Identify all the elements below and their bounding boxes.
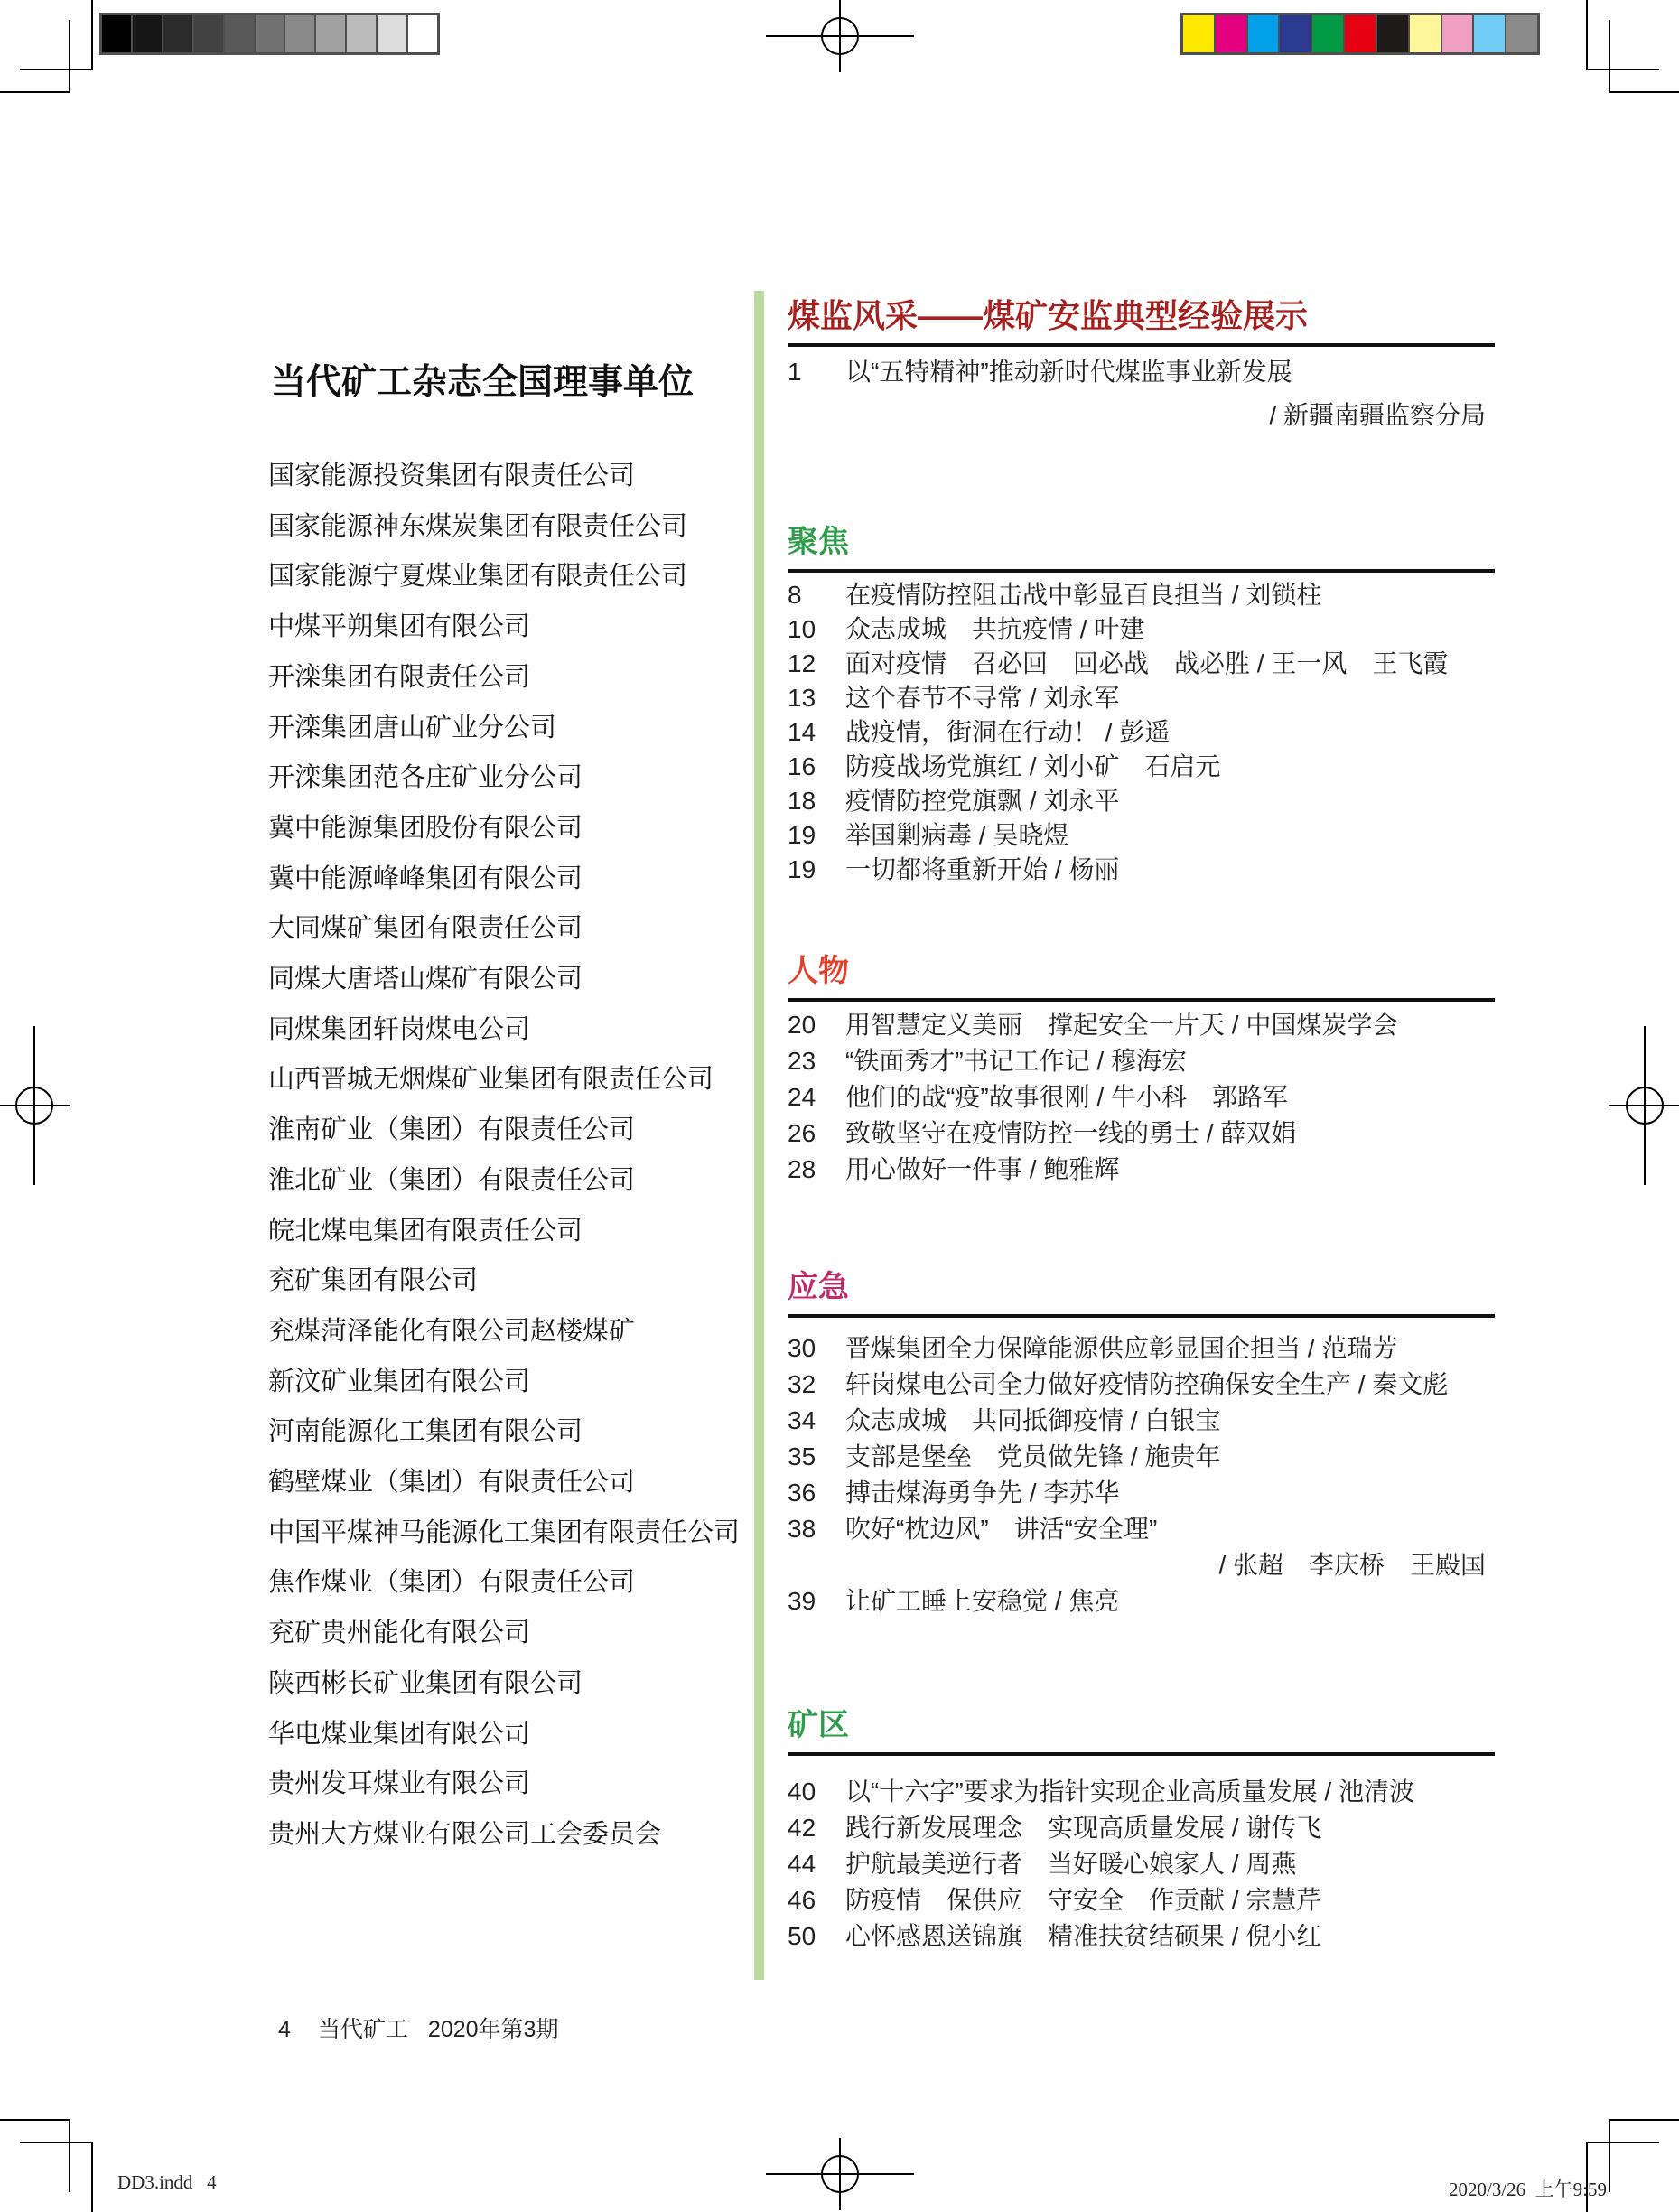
page-footer: 4当代矿工2020年第3期 bbox=[278, 2011, 558, 2044]
registration-target-bottom bbox=[766, 2138, 914, 2210]
toc-item: 8在疫情防控阻击战中彰显百良担当 / 刘锁柱 bbox=[788, 578, 1495, 612]
toc-item-title: 吹好“枕边风” 讲活“安全理” bbox=[845, 1511, 1157, 1547]
toc-item-list: 40以“十六字”要求为指针实现企业高质量发展 / 池清波42践行新发展理念 实现… bbox=[788, 1774, 1495, 1955]
toc-item: 12面对疫情 召必回 回必战 战必胜 / 王一风 王飞霞 bbox=[788, 647, 1495, 681]
council-title: 当代矿工杂志全国理事单位 bbox=[271, 354, 704, 405]
section-rule bbox=[788, 569, 1495, 573]
toc-item-title: 一切都将重新开始 / 杨丽 bbox=[845, 853, 1119, 887]
toc-item: 28用心做好一件事 / 鲍雅辉 bbox=[788, 1152, 1495, 1188]
toc-item: 16防疫战场党旗红 / 刘小矿 石启元 bbox=[788, 750, 1495, 784]
toc-item-title: 让矿工睡上安稳觉 / 焦亮 bbox=[845, 1583, 1119, 1619]
toc-page-number: 28 bbox=[788, 1152, 845, 1188]
section-title: 矿区 bbox=[788, 1707, 1495, 1743]
toc-item-title: 用智慧定义美丽 撑起安全一片天 / 中国煤炭学会 bbox=[845, 1007, 1397, 1043]
footer-issue: 2020年第3期 bbox=[428, 2017, 559, 2042]
council-member: 贵州大方煤业有限公司工会委员会 bbox=[268, 1810, 740, 1861]
toc-item: 42践行新发展理念 实现高质量发展 / 谢传飞 bbox=[788, 1810, 1495, 1846]
toc-item-title: 举国剿病毒 / 吴晓煜 bbox=[845, 818, 1068, 853]
council-member: 开滦集团范各庄矿业分公司 bbox=[268, 753, 740, 804]
council-member: 皖北煤电集团有限责任公司 bbox=[268, 1207, 740, 1257]
council-member: 兖矿贵州能化有限公司 bbox=[268, 1609, 740, 1659]
toc-item-title: 护航最美逆行者 当好暖心娘家人 / 周燕 bbox=[845, 1846, 1296, 1882]
toc-author-line: / 新疆南疆监察分局 bbox=[788, 390, 1495, 441]
council-member: 开滦集团唐山矿业分公司 bbox=[268, 704, 740, 754]
toc-item-title: 轩岗煤电公司全力做好疫情防控确保安全生产 / 秦文彪 bbox=[845, 1367, 1448, 1403]
toc-page-number: 30 bbox=[788, 1330, 845, 1367]
toc-page-number: 13 bbox=[788, 681, 845, 715]
toc-item-title: 用心做好一件事 / 鲍雅辉 bbox=[845, 1152, 1119, 1188]
registration-target-top bbox=[766, 0, 914, 72]
council-member: 中国平煤神马能源化工集团有限责任公司 bbox=[268, 1508, 740, 1559]
toc-item-title: 战疫情，街洞在行动！ / 彭遥 bbox=[845, 715, 1170, 750]
footer-journal-name: 当代矿工 bbox=[318, 2017, 408, 2042]
toc-page-number: 44 bbox=[788, 1846, 845, 1882]
toc-item-list: 30晋煤集团全力保障能源供应彰显国企担当 / 范瑞芳32轩岗煤电公司全力做好疫情… bbox=[788, 1330, 1495, 1619]
color-step bbox=[1246, 15, 1279, 52]
toc-item: 19举国剿病毒 / 吴晓煜 bbox=[788, 818, 1495, 853]
council-member: 同煤集团轩岗煤电公司 bbox=[268, 1005, 740, 1056]
grayscale-step bbox=[162, 15, 192, 52]
toc-item-title: 以“十六字”要求为指针实现企业高质量发展 / 池清波 bbox=[845, 1774, 1414, 1810]
council-member: 冀中能源集团股份有限公司 bbox=[268, 804, 740, 854]
grayscale-calibration-bar bbox=[99, 13, 440, 55]
toc-page-number: 12 bbox=[788, 647, 845, 681]
toc-page-number: 23 bbox=[788, 1043, 845, 1079]
toc-section-kuangqu: 矿区40以“十六字”要求为指针实现企业高质量发展 / 池清波42践行新发展理念 … bbox=[788, 1707, 1495, 1955]
toc-item-title: 心怀感恩送锦旗 精准扶贫结硕果 / 倪小红 bbox=[845, 1918, 1321, 1955]
toc-item: 46防疫情 保供应 守安全 作贡献 / 宗慧芹 bbox=[788, 1882, 1495, 1918]
toc-item: 39让矿工睡上安稳觉 / 焦亮 bbox=[788, 1583, 1495, 1619]
color-step bbox=[1441, 15, 1473, 52]
footer-page-number: 4 bbox=[278, 2017, 291, 2042]
section-title: 人物 bbox=[788, 953, 1495, 989]
toc-page-number: 38 bbox=[788, 1511, 845, 1547]
divider-bar bbox=[754, 291, 764, 1980]
section-rule bbox=[788, 1314, 1495, 1318]
grayscale-step bbox=[131, 15, 162, 52]
toc-item: 32轩岗煤电公司全力做好疫情防控确保安全生产 / 秦文彪 bbox=[788, 1367, 1495, 1403]
toc-item-list: 1以“五特精神”推动新时代煤监事业新发展/ 新疆南疆监察分局 bbox=[788, 354, 1495, 441]
grayscale-step bbox=[254, 15, 284, 52]
toc-item-title: 这个春节不寻常 / 刘永军 bbox=[845, 681, 1119, 715]
magazine-toc-page: 当代矿工杂志全国理事单位 国家能源投资集团有限责任公司国家能源神东煤炭集团有限责… bbox=[0, 0, 1679, 2212]
section-rule bbox=[788, 1752, 1495, 1756]
toc-page-number: 14 bbox=[788, 715, 845, 750]
section-title: 聚焦 bbox=[788, 524, 1495, 560]
toc-page-number: 50 bbox=[788, 1918, 845, 1955]
toc-page-number: 24 bbox=[788, 1079, 845, 1115]
toc-item: 44护航最美逆行者 当好暖心娘家人 / 周燕 bbox=[788, 1846, 1495, 1882]
council-member: 焦作煤业（集团）有限责任公司 bbox=[268, 1558, 740, 1609]
council-member: 陕西彬长矿业集团有限公司 bbox=[268, 1659, 740, 1710]
council-member: 河南能源化工集团有限公司 bbox=[268, 1407, 740, 1458]
toc-item-title: 防疫情 保供应 守安全 作贡献 / 宗慧芹 bbox=[845, 1882, 1321, 1918]
toc-item: 19一切都将重新开始 / 杨丽 bbox=[788, 853, 1495, 887]
toc-item: 24他们的战“疫”故事很刚 / 牛小科 郭路军 bbox=[788, 1079, 1495, 1115]
council-member: 淮北矿业（集团）有限责任公司 bbox=[268, 1156, 740, 1207]
color-step bbox=[1376, 15, 1408, 52]
toc-section-jujiao: 聚焦8在疫情防控阻击战中彰显百良担当 / 刘锁柱10众志成城 共抗疫情 / 叶建… bbox=[788, 524, 1495, 887]
toc-item: 18疫情防控党旗飘 / 刘永平 bbox=[788, 784, 1495, 818]
toc-item-title: 搏击煤海勇争先 / 李苏华 bbox=[845, 1475, 1119, 1511]
toc-item-title: 他们的战“疫”故事很刚 / 牛小科 郭路军 bbox=[845, 1079, 1288, 1115]
toc-item: 30晋煤集团全力保障能源供应彰显国企担当 / 范瑞芳 bbox=[788, 1330, 1495, 1367]
crop-mark-top-right bbox=[1587, 0, 1679, 92]
toc-item-title: 众志成城 共同抵御疫情 / 白银宝 bbox=[845, 1403, 1220, 1439]
council-member: 贵州发耳煤业有限公司 bbox=[268, 1759, 740, 1810]
toc-page-number: 16 bbox=[788, 750, 845, 784]
grayscale-step bbox=[223, 15, 254, 52]
section-title: 煤监风采——煤矿安监典型经验展示 bbox=[788, 298, 1495, 334]
council-member: 新汶矿业集团有限公司 bbox=[268, 1358, 740, 1408]
council-member: 国家能源投资集团有限责任公司 bbox=[268, 452, 740, 502]
slug-timestamp: 2020/3/26 上午9:59 bbox=[1449, 2175, 1607, 2202]
section-rule bbox=[788, 998, 1495, 1002]
toc-item: 36搏击煤海勇争先 / 李苏华 bbox=[788, 1475, 1495, 1511]
toc-page-number: 46 bbox=[788, 1882, 845, 1918]
toc-page-number: 19 bbox=[788, 853, 845, 887]
toc-item: 26致敬坚守在疫情防控一线的勇士 / 薛双娟 bbox=[788, 1115, 1495, 1152]
council-member-list: 国家能源投资集团有限责任公司国家能源神东煤炭集团有限责任公司国家能源宁夏煤业集团… bbox=[268, 452, 740, 1861]
council-member: 冀中能源峰峰集团有限公司 bbox=[268, 854, 740, 905]
registration-target-left bbox=[0, 1026, 70, 1185]
toc-item: 13这个春节不寻常 / 刘永军 bbox=[788, 681, 1495, 715]
council-member: 鹤壁煤业（集团）有限责任公司 bbox=[268, 1458, 740, 1508]
slug-file-label: DD3.indd 4 bbox=[117, 2171, 217, 2194]
grayscale-step bbox=[284, 15, 314, 52]
council-member: 国家能源宁夏煤业集团有限责任公司 bbox=[268, 552, 740, 602]
section-rule bbox=[788, 343, 1495, 347]
toc-item-title: 众志成城 共抗疫情 / 叶建 bbox=[845, 612, 1144, 647]
toc-page-number: 8 bbox=[788, 578, 845, 612]
grayscale-step bbox=[376, 15, 406, 52]
grayscale-step bbox=[192, 15, 223, 52]
toc-item: 34众志成城 共同抵御疫情 / 白银宝 bbox=[788, 1403, 1495, 1439]
toc-item-title: 面对疫情 召必回 回必战 战必胜 / 王一风 王飞霞 bbox=[845, 647, 1448, 681]
toc-item: 23“铁面秀才”书记工作记 / 穆海宏 bbox=[788, 1043, 1495, 1079]
toc-section-yingji: 应急30晋煤集团全力保障能源供应彰显国企担当 / 范瑞芳32轩岗煤电公司全力做好… bbox=[788, 1269, 1495, 1619]
color-step bbox=[1505, 15, 1537, 52]
color-calibration-bar bbox=[1180, 13, 1540, 55]
toc-item: 50心怀感恩送锦旗 精准扶贫结硕果 / 倪小红 bbox=[788, 1918, 1495, 1955]
toc-page-number: 32 bbox=[788, 1367, 845, 1403]
toc-page-number: 35 bbox=[788, 1439, 845, 1475]
toc-page-number: 42 bbox=[788, 1810, 845, 1846]
toc-page-number: 1 bbox=[788, 354, 845, 390]
toc-item: 40以“十六字”要求为指针实现企业高质量发展 / 池清波 bbox=[788, 1774, 1495, 1810]
council-member: 兖煤菏泽能化有限公司赵楼煤矿 bbox=[268, 1307, 740, 1358]
toc-item-title: 在疫情防控阻击战中彰显百良担当 / 刘锁柱 bbox=[845, 578, 1321, 612]
toc-page-number: 18 bbox=[788, 784, 845, 818]
grayscale-step bbox=[406, 15, 437, 52]
council-member: 国家能源神东煤炭集团有限责任公司 bbox=[268, 502, 740, 553]
grayscale-step bbox=[102, 15, 131, 52]
council-member: 大同煤矿集团有限责任公司 bbox=[268, 904, 740, 955]
toc-item-title: 践行新发展理念 实现高质量发展 / 谢传飞 bbox=[845, 1810, 1321, 1846]
color-step bbox=[1183, 15, 1214, 52]
color-step bbox=[1408, 15, 1441, 52]
color-step bbox=[1343, 15, 1376, 52]
council-member: 山西晋城无烟煤矿业集团有限责任公司 bbox=[268, 1055, 740, 1106]
toc-item: 38吹好“枕边风” 讲活“安全理” bbox=[788, 1511, 1495, 1547]
toc-page-number: 34 bbox=[788, 1403, 845, 1439]
crop-mark-top-left bbox=[0, 0, 92, 92]
color-step bbox=[1472, 15, 1505, 52]
council-member: 兖矿集团有限公司 bbox=[268, 1256, 740, 1307]
toc-item-title: 支部是堡垒 党员做先锋 / 施贵年 bbox=[845, 1439, 1220, 1475]
toc-section-renwu: 人物20用智慧定义美丽 撑起安全一片天 / 中国煤炭学会23“铁面秀才”书记工作… bbox=[788, 953, 1495, 1188]
toc-item: 1以“五特精神”推动新时代煤监事业新发展 bbox=[788, 354, 1495, 390]
council-member: 开滦集团有限责任公司 bbox=[268, 653, 740, 704]
color-step bbox=[1311, 15, 1343, 52]
toc-item-title: “铁面秀才”书记工作记 / 穆海宏 bbox=[845, 1043, 1187, 1079]
toc-page-number: 36 bbox=[788, 1475, 845, 1511]
toc-item-title: 疫情防控党旗飘 / 刘永平 bbox=[845, 784, 1119, 818]
council-member: 淮南矿业（集团）有限责任公司 bbox=[268, 1106, 740, 1156]
council-member: 同煤大唐塔山煤矿有限公司 bbox=[268, 955, 740, 1005]
toc-section-meijian-fengcai: 煤监风采——煤矿安监典型经验展示1以“五特精神”推动新时代煤监事业新发展/ 新疆… bbox=[788, 298, 1495, 441]
toc-item-title: 致敬坚守在疫情防控一线的勇士 / 薛双娟 bbox=[845, 1115, 1296, 1152]
toc-page-number: 39 bbox=[788, 1583, 845, 1619]
toc-item-title: 晋煤集团全力保障能源供应彰显国企担当 / 范瑞芳 bbox=[845, 1330, 1397, 1367]
grayscale-step bbox=[345, 15, 376, 52]
color-step bbox=[1278, 15, 1311, 52]
toc-item: 14战疫情，街洞在行动！ / 彭遥 bbox=[788, 715, 1495, 750]
grayscale-step bbox=[314, 15, 345, 52]
council-member: 中煤平朔集团有限公司 bbox=[268, 602, 740, 653]
toc-page-number: 40 bbox=[788, 1774, 845, 1810]
toc-item-list: 20用智慧定义美丽 撑起安全一片天 / 中国煤炭学会23“铁面秀才”书记工作记 … bbox=[788, 1007, 1495, 1188]
toc-item-title: 以“五特精神”推动新时代煤监事业新发展 bbox=[845, 354, 1292, 390]
toc-page-number: 10 bbox=[788, 612, 845, 647]
section-title: 应急 bbox=[788, 1269, 1495, 1305]
toc-item-title: 防疫战场党旗红 / 刘小矿 石启元 bbox=[845, 750, 1220, 784]
council-member: 华电煤业集团有限公司 bbox=[268, 1710, 740, 1760]
toc-author-line: / 张超 李庆桥 王殿国 bbox=[788, 1547, 1495, 1583]
registration-target-right bbox=[1609, 1026, 1679, 1185]
toc-page-number: 20 bbox=[788, 1007, 845, 1043]
toc-item: 20用智慧定义美丽 撑起安全一片天 / 中国煤炭学会 bbox=[788, 1007, 1495, 1043]
toc-item-list: 8在疫情防控阻击战中彰显百良担当 / 刘锁柱10众志成城 共抗疫情 / 叶建12… bbox=[788, 578, 1495, 887]
toc-page-number: 19 bbox=[788, 818, 845, 853]
color-step bbox=[1214, 15, 1246, 52]
crop-mark-bottom-left bbox=[0, 2120, 92, 2212]
toc-item: 35支部是堡垒 党员做先锋 / 施贵年 bbox=[788, 1439, 1495, 1475]
toc-page-number: 26 bbox=[788, 1115, 845, 1152]
toc-item: 10众志成城 共抗疫情 / 叶建 bbox=[788, 612, 1495, 647]
